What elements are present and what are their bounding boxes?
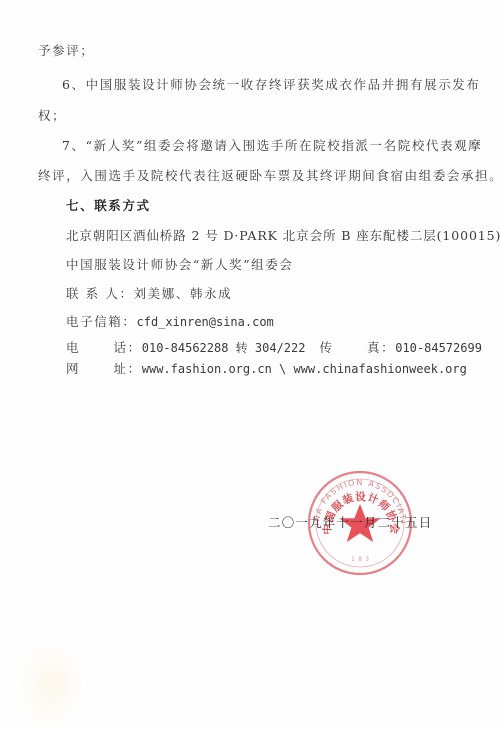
email-label: 电子信箱： [66, 314, 137, 330]
contacts-label: 联 系 人： [66, 286, 134, 302]
item-7-line-1: 7、“新人奖”组委会将邀请入围选手所在院校指派一名院校代表观摩 [62, 138, 482, 154]
phone-value: 010-84562288 转 304/222 [142, 341, 306, 355]
contact-email: 电子信箱：cfd_xinren@sina.com [66, 314, 274, 330]
contact-phone-fax: 电 话：010-84562288 转 304/222传 真：010-845726… [66, 340, 482, 356]
item-6-line-2: 权； [38, 108, 66, 124]
paragraph-continuation: 予参评； [38, 43, 94, 59]
item-7-line-2: 终评，入围选手及院校代表往返硬卧车票及其终评期间食宿由组委会承担。 [38, 168, 500, 184]
contact-persons: 联 系 人：刘美娜、韩永成 [66, 286, 232, 302]
item-6-line-1: 6、中国服装设计师协会统一收存终评获奖成衣作品并拥有展示发布 [62, 77, 480, 93]
website-value: www.fashion.org.cn \ www.chinafashionwee… [142, 362, 467, 376]
document-page: 予参评； 6、中国服装设计师协会统一收存终评获奖成衣作品并拥有展示发布 权； 7… [0, 0, 500, 730]
contact-website: 网 址：www.fashion.org.cn \ www.chinafashio… [66, 361, 467, 377]
contacts-value: 刘美娜、韩永成 [134, 286, 233, 301]
contact-organization: 中国服装设计师协会“新人奖”组委会 [66, 257, 293, 273]
svg-text:1 8 3: 1 8 3 [351, 556, 369, 563]
fax-label: 传 真： [319, 340, 395, 356]
section-heading-contact: 七、联系方式 [66, 198, 151, 214]
document-date: 二〇一九年十一月二十五日 [268, 513, 432, 531]
email-value: cfd_xinren@sina.com [137, 315, 274, 329]
phone-label: 电 话： [66, 340, 142, 356]
paper-smudge [15, 640, 85, 730]
contact-address: 北京朝阳区酒仙桥路 2 号 D·PARK 北京会所 B 座东配楼二层(10001… [66, 228, 500, 244]
fax-value: 010-84572699 [395, 341, 482, 355]
website-label: 网 址： [66, 361, 142, 377]
